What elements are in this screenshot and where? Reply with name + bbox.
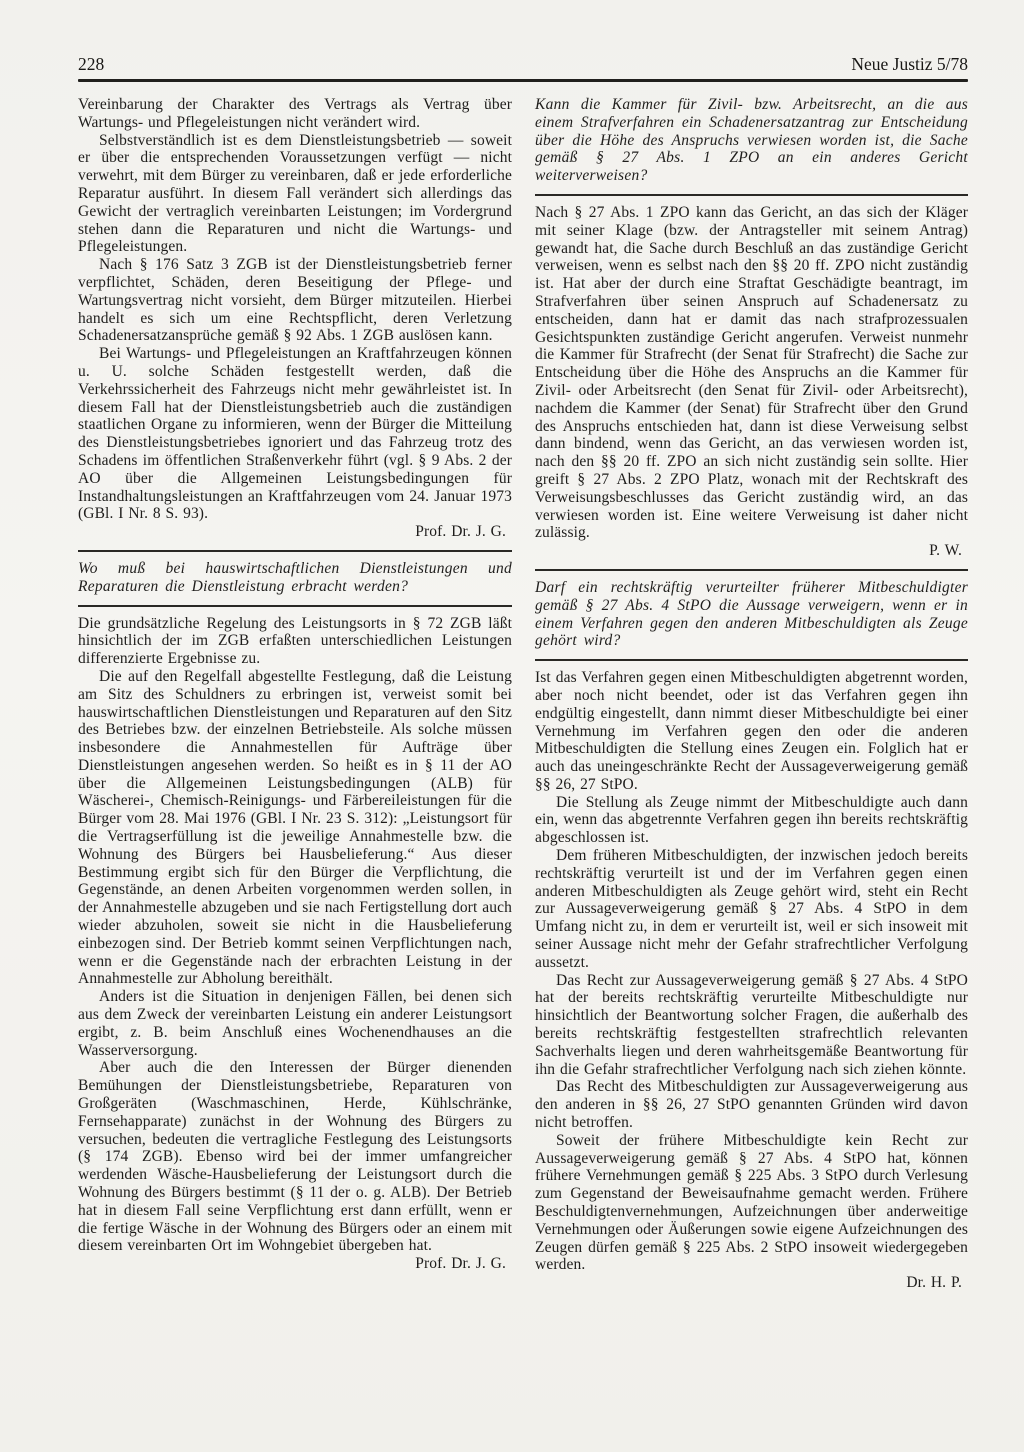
page-number: 228 xyxy=(78,54,104,74)
right-column: Kann die Kammer für Zivil- bzw. Arbeitsr… xyxy=(535,96,968,1292)
paragraph: Aber auch die den Interessen der Bürger … xyxy=(78,1059,512,1255)
author-signature: Prof. Dr. J. G. xyxy=(78,1255,512,1273)
section-rule xyxy=(535,659,968,661)
section-rule xyxy=(78,605,512,607)
paragraph: Das Recht des Mitbeschuldigten zur Aussa… xyxy=(535,1078,968,1131)
author-signature: Prof. Dr. J. G. xyxy=(78,523,512,541)
paragraph: Selbstverständlich ist es dem Dienstleis… xyxy=(78,132,512,257)
section-rule xyxy=(535,569,968,571)
question-heading: Darf ein rechtskräftig verurteilter früh… xyxy=(535,579,968,650)
paragraph: Das Recht zur Aussageverweigerung gemäß … xyxy=(535,972,968,1079)
scanned-journal-page: 228 Neue Justiz 5/78 Vereinbarung der Ch… xyxy=(0,0,1024,1452)
paragraph: Vereinbarung der Charakter des Vertrags … xyxy=(78,96,512,132)
paragraph: Bei Wartungs- und Pflegeleistungen an Kr… xyxy=(78,345,512,523)
journal-title: Neue Justiz 5/78 xyxy=(851,54,968,74)
paragraph: Die grundsätzliche Regelung des Leistung… xyxy=(78,615,512,668)
paragraph: Soweit der frühere Mitbeschuldigte kein … xyxy=(535,1132,968,1274)
author-signature: Dr. H. P. xyxy=(535,1274,968,1292)
paragraph: Nach § 27 Abs. 1 ZPO kann das Gericht, a… xyxy=(535,204,968,542)
paragraph: Dem früheren Mitbeschuldigten, der inzwi… xyxy=(535,847,968,972)
author-signature: P. W. xyxy=(535,542,968,560)
page-header: 228 Neue Justiz 5/78 xyxy=(78,54,968,74)
paragraph: Anders ist die Situation in denjenigen F… xyxy=(78,988,512,1059)
paragraph: Die Stellung als Zeuge nimmt der Mitbesc… xyxy=(535,794,968,847)
question-heading: Wo muß bei hauswirtschaftlichen Dienstle… xyxy=(78,560,512,596)
section-rule xyxy=(535,194,968,196)
paragraph: Nach § 176 Satz 3 ZGB ist der Dienstleis… xyxy=(78,256,512,345)
paragraph: Ist das Verfahren gegen einen Mitbeschul… xyxy=(535,669,968,794)
section-rule xyxy=(78,550,512,552)
left-column: Vereinbarung der Charakter des Vertrags … xyxy=(78,96,512,1273)
header-rule xyxy=(78,79,968,82)
question-heading: Kann die Kammer für Zivil- bzw. Arbeitsr… xyxy=(535,96,968,185)
paragraph: Die auf den Regelfall abgestellte Festle… xyxy=(78,668,512,988)
